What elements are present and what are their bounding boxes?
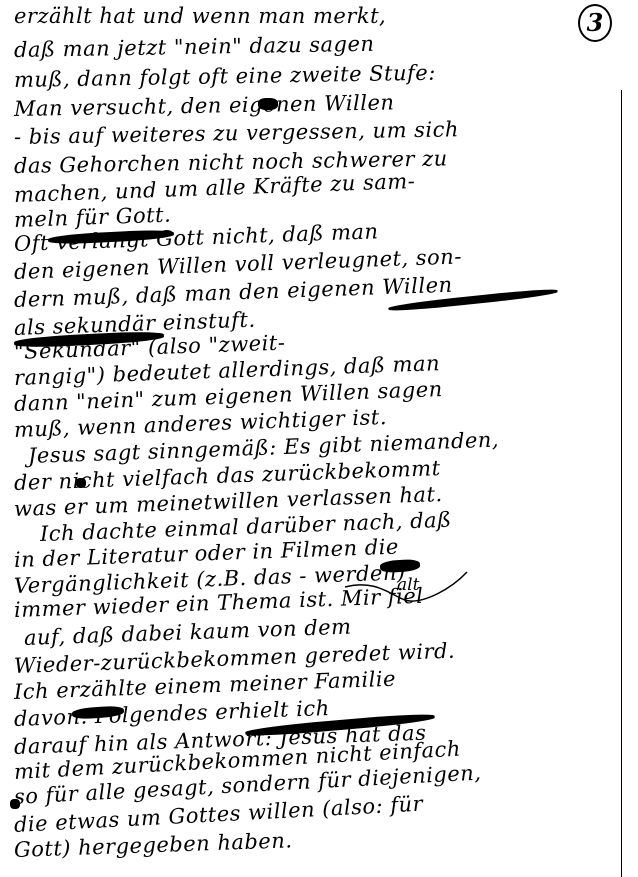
insertion-curve (0, 0, 638, 877)
handwritten-page: 3 erzählt hat und wenn man merkt,daß man… (0, 0, 638, 877)
